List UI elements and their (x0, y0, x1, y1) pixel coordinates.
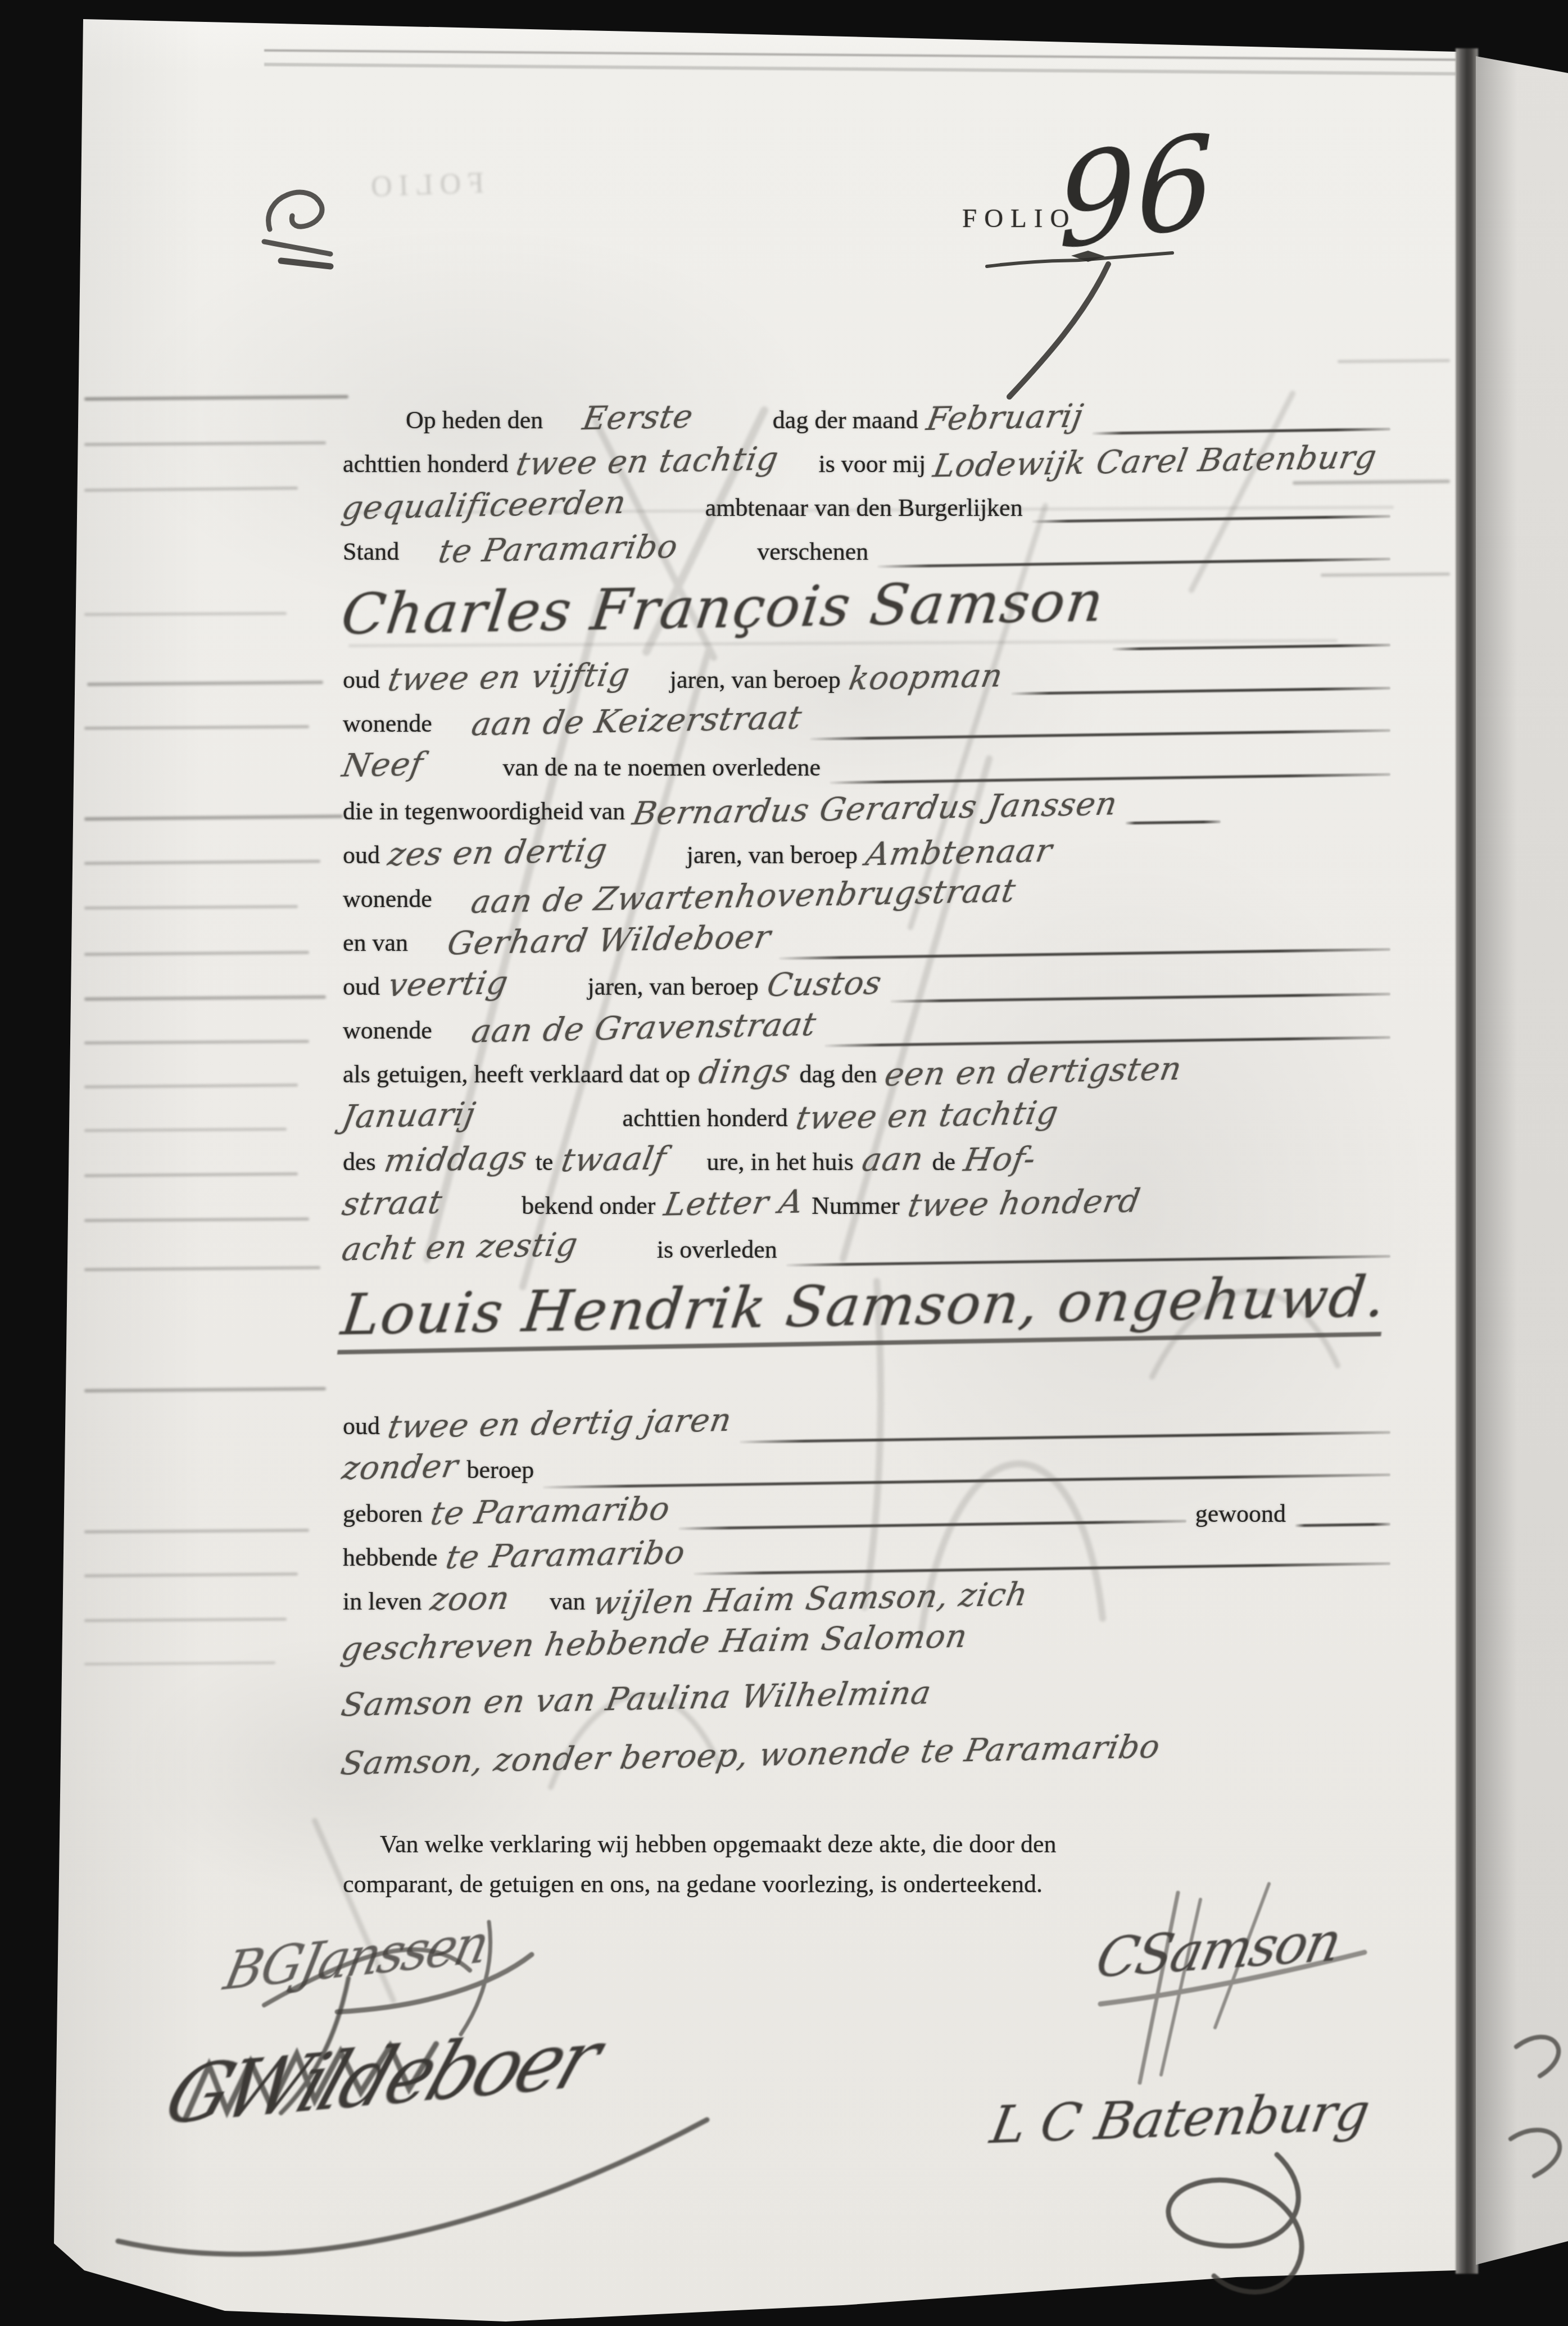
handwritten-entry: Charles François Samson (338, 568, 1108, 647)
handwritten-entry: twee en tachtig (793, 1094, 1061, 1137)
printed-form-text: dag der maand (773, 406, 918, 434)
act-line: wonendeaan de Keizerstraat (343, 702, 1399, 746)
printed-form-text: wonende (343, 1016, 432, 1045)
printed-form-text: Nummer (812, 1191, 899, 1220)
handwritten-entry: dings (696, 1052, 794, 1091)
printed-form-text: bekend onder (522, 1191, 655, 1220)
act-line: in levenzoonvanwijlen Haim Samson, zich (343, 1580, 1399, 1624)
printed-form-text: van de na te noemen overledene (502, 753, 821, 782)
act-line: straatbekend onderLetter ANummertwee hon… (343, 1185, 1399, 1228)
printed-form-text: beroep (467, 1456, 534, 1484)
ink-rule-fill (824, 1036, 1390, 1048)
printed-form-text: is overleden (657, 1235, 777, 1264)
printed-form-text: dag den (799, 1060, 877, 1089)
act-line: Neefvan de na te noemen overledene (343, 746, 1399, 790)
handwritten-entry: Ambtenaar (863, 832, 1055, 873)
handwritten-entry: Februarij (924, 397, 1086, 438)
printed-form-text: is voor mij (818, 450, 926, 478)
handwritten-entry: geschreven hebbende Haim Salomon (338, 1617, 971, 1667)
printed-form-text: Op heden den (406, 406, 543, 434)
printed-form-text: verschenen (757, 537, 868, 566)
next-page-edge (1476, 0, 1568, 2326)
handwritten-entry: twaalf (559, 1140, 669, 1179)
handwritten-entry: zes en dertig (386, 832, 611, 873)
closing-statement: Van welke verklaring wij hebben opgemaak… (343, 1824, 1220, 1904)
handwritten-entry: veertig (386, 964, 511, 1004)
handwritten-entry: twee en vijftig (385, 656, 633, 699)
handwritten-entry: te Paramaribo (436, 528, 681, 570)
handwritten-entry: twee honderd (905, 1182, 1143, 1225)
act-line: wonendeaan de Gravenstraat (343, 1009, 1399, 1053)
handwritten-entry: aan de Zwartenhovenbrugstraat (468, 872, 1018, 921)
act-line: wonendeaan de Zwartenhovenbrugstraat (343, 878, 1399, 922)
handwritten-entry: Lodewijk Carel Batenburg (931, 438, 1380, 484)
ink-rule-fill (810, 729, 1390, 740)
printed-form-text: oud (343, 972, 380, 1001)
handwritten-entry: Gerhard Wildeboer (445, 918, 774, 962)
printed-form-text: gewoond (1195, 1499, 1286, 1528)
handwritten-entry: twee en dertig jaren (385, 1402, 735, 1446)
act-line: Samson, zonder beroep, wonende te Parama… (343, 1736, 1399, 1793)
handwritten-entry: straat (339, 1184, 445, 1223)
printed-form-text: oud (343, 665, 380, 694)
handwritten-entry: zoon (428, 1580, 513, 1618)
printed-form-text: die in tegenwoordigheid van (343, 797, 625, 826)
handwritten-entry: Louis Hendrik Samson, ongehuwd. (337, 1263, 1390, 1354)
act-line: Samson en van Paulina Wilhelmina (343, 1680, 1399, 1736)
handwritten-entry: Samson en van Paulina Wilhelmina (338, 1674, 934, 1724)
handwritten-entry: te Paramaribo (428, 1490, 673, 1532)
handwritten-entry: Letter A (661, 1183, 806, 1223)
printed-form-text: des (343, 1148, 376, 1176)
handwritten-entry: Neef (339, 746, 426, 785)
handwritten-entry: Hof- (961, 1140, 1039, 1179)
handwritten-entry: Custos (764, 964, 885, 1004)
printed-form-text: in leven (343, 1587, 422, 1616)
folio-bleedthrough-label: FOLIO (364, 166, 484, 203)
printed-form-text: oud (343, 1412, 380, 1440)
printed-form-text: ure, in het huis (706, 1148, 854, 1176)
handwritten-entry: middags (381, 1139, 529, 1179)
printed-form-text: wonende (343, 885, 432, 913)
ink-rule-fill (1011, 687, 1390, 695)
handwritten-entry: twee en tachtig (514, 440, 782, 483)
act-line: hebbendete Paramaribo (343, 1536, 1399, 1580)
ink-rule-fill (1295, 1523, 1390, 1527)
handwritten-entry: aan de Gravenstraat (469, 1006, 819, 1050)
handwritten-entry: Samson, zonder beroep, wonende te Parama… (338, 1728, 1163, 1782)
handwritten-entry: te Paramaribo (443, 1534, 688, 1576)
handwritten-entry: gequalificeerden (339, 484, 629, 527)
act-line: Januarijachttien honderdtwee en tachtig (343, 1097, 1399, 1141)
printed-form-text: en van (343, 928, 408, 957)
act-line: geborente Paramaribogewoond (343, 1493, 1399, 1536)
printed-form-text: wonende (343, 709, 432, 738)
ink-rule-fill (1112, 643, 1390, 650)
ink-rule-fill (1092, 428, 1390, 435)
handwritten-entry: koopman (846, 657, 1006, 697)
closing-line: Van welke verklaring wij hebben opgemaak… (343, 1824, 1220, 1864)
act-line: achttien honderdtwee en tachtigis voor m… (343, 443, 1399, 487)
act-line: oudveertigjaren, van beroepCustos (343, 965, 1399, 1009)
act-line: Louis Hendrik Samson, ongehuwd. (343, 1272, 1399, 1357)
ink-rule-fill (740, 1431, 1390, 1443)
act-line: oudtwee en vijftigjaren, van beroepkoopm… (343, 659, 1399, 702)
printed-form-text: jaren, van beroep (588, 972, 759, 1001)
act-line: en vanGerhard Wildeboer (343, 922, 1399, 965)
handwritten-entry: zonder (339, 1448, 461, 1487)
printed-form-text: van (550, 1587, 586, 1616)
ink-rule-fill (890, 992, 1390, 1003)
handwritten-entry: Eerste (580, 398, 696, 437)
handwritten-entry: Januarij (339, 1096, 479, 1136)
printed-form-text: als getuigen, heeft verklaard dat op (343, 1060, 690, 1089)
act-line: Standte Paramariboverschenen (343, 531, 1399, 574)
handwritten-entry: aan (859, 1140, 927, 1178)
ink-rule-fill (779, 948, 1390, 960)
act-line: als getuigen, heeft verklaard dat opding… (343, 1053, 1399, 1097)
printed-form-text: oud (343, 841, 380, 869)
handwritten-entry: Bernardus Gerardus Janssen (630, 785, 1121, 832)
closing-line: comparant, de getuigen en ons, na gedane… (343, 1864, 1220, 1904)
act-body: Op heden denEerstedag der maandFebruarij… (343, 399, 1399, 1793)
ink-rule-fill (543, 1473, 1390, 1489)
printed-form-text: Stand (343, 537, 399, 566)
ink-rule-fill (1125, 820, 1221, 825)
act-line: oudtwee en dertig jaren (343, 1405, 1399, 1449)
handwritten-entry: wijlen Haim Samson, zich (590, 1576, 1031, 1622)
printed-form-text: achttien honderd (622, 1104, 787, 1132)
act-line: zonderberoep (343, 1449, 1399, 1493)
printed-form-text: te (536, 1148, 554, 1176)
signature-registrar-batenburg: L C Batenburg (987, 2086, 1373, 2151)
handwritten-entry: aan de Keizerstraat (469, 699, 805, 743)
act-line: die in tegenwoordigheid vanBernardus Ger… (343, 790, 1399, 834)
printed-form-text: jaren, van beroep (687, 841, 858, 869)
act-line: oudzes en dertigjaren, van beroepAmbtena… (343, 834, 1399, 878)
act-line: geschreven hebbende Haim Salomon (343, 1624, 1399, 1680)
ink-rule-fill (877, 557, 1390, 568)
book-gutter-fold (1456, 48, 1478, 2274)
act-line: desmiddagstetwaalfure, in het huisaandeH… (343, 1141, 1399, 1185)
printed-form-text: de (932, 1148, 956, 1176)
printed-form-text: achttien honderd (343, 450, 508, 478)
folio-number: 96 (1057, 117, 1216, 268)
printed-form-text: geboren (343, 1499, 423, 1528)
ink-rule-fill (1032, 515, 1390, 523)
act-line: Op heden denEerstedag der maandFebruarij (343, 399, 1399, 443)
handwritten-entry: een en dertigsten (882, 1050, 1185, 1094)
printed-form-text: jaren, van beroep (670, 665, 841, 694)
printed-form-text: hebbende (343, 1543, 438, 1572)
handwritten-entry: acht en zestig (339, 1226, 581, 1268)
ink-rule-fill (830, 773, 1390, 785)
ink-rule-fill (694, 1562, 1390, 1575)
ink-rule-fill (678, 1520, 1186, 1530)
